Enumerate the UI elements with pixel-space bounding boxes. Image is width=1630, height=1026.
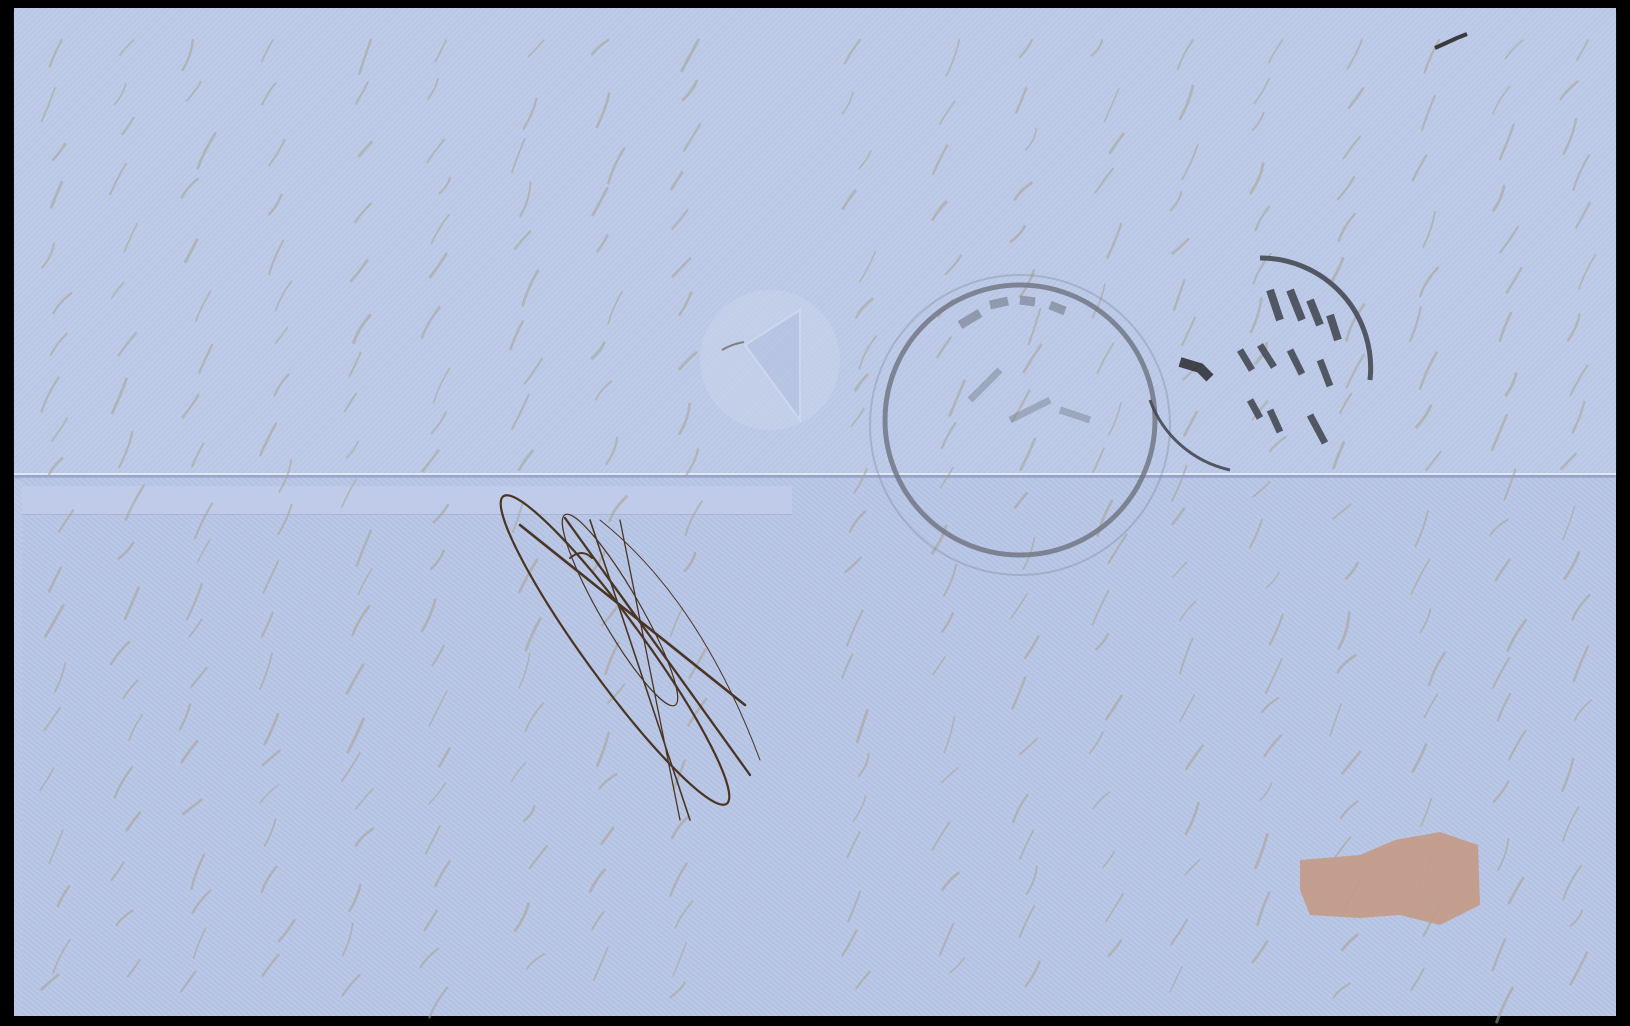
letter-sheet xyxy=(14,8,1616,1016)
top-flap xyxy=(14,8,1616,475)
lower-panel xyxy=(22,478,1616,1016)
inner-fold-edge xyxy=(22,486,792,515)
